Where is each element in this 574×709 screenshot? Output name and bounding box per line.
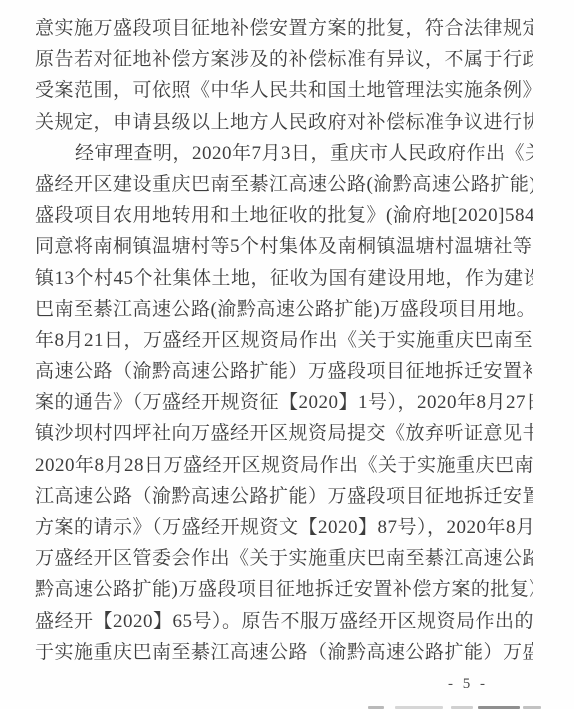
text-line: 高速公路（渝黔高速公路扩能）万盛段项目征地拆迁安置补偿方 — [35, 356, 533, 387]
text-line: 镇13个村45个社集体土地，征收为国有建设用地，作为建设重庆 — [35, 263, 533, 294]
text-line: 案的通告》（万盛经开规资征【2020】1号），2020年8月27日南桐 — [35, 387, 533, 418]
text-line: 巴南至綦江高速公路(渝黔高速公路扩能)万盛段项目用地。2020 — [35, 294, 533, 325]
text-line: 经审理查明，2020年7月3日，重庆市人民政府作出《关于万 — [35, 138, 533, 169]
text-line: 盛段项目农用地转用和土地征收的批复》(渝府地[2020]584号)， — [35, 200, 533, 231]
document-body-text: 意实施万盛段项目征地补偿安置方案的批复，符合法律规定。2、原告若对征地补偿方案涉… — [35, 13, 533, 668]
text-line: 盛经开【2020】65号）。原告不服万盛经开区规资局作出的《关 — [35, 606, 533, 637]
scanned-document-page: 意实施万盛段项目征地补偿安置方案的批复，符合法律规定。2、原告若对征地补偿方案涉… — [0, 0, 574, 709]
text-line: 万盛经开区管委会作出《关于实施重庆巴南至綦江高速公路（渝 — [35, 543, 533, 574]
text-line: 黔高速公路扩能)万盛段项目征地拆迁安置补偿方案的批复》(万 — [35, 574, 533, 605]
page-number: - 5 - — [448, 676, 488, 693]
text-line: 关规定，申请县级以上地方人民政府对补偿标准争议进行协调。 — [35, 107, 533, 138]
text-line: 2020年8月28日万盛经开区规资局作出《关于实施重庆巴南至綦 — [35, 450, 533, 481]
text-line: 镇沙坝村四坪社向万盛经开区规资局提交《放弃听证意见书》， — [35, 418, 533, 449]
text-line: 同意将南桐镇温塘村等5个村集体及南桐镇温塘村温塘社等3个 — [35, 231, 533, 262]
text-line: 意实施万盛段项目征地补偿安置方案的批复，符合法律规定。2、 — [35, 13, 533, 44]
text-line: 方案的请示》（万盛经开规资文【2020】87号），2020年8月31日 — [35, 512, 533, 543]
text-line: 原告若对征地补偿方案涉及的补偿标准有异议，不属于行政复议 — [35, 44, 533, 75]
text-line: 于实施重庆巴南至綦江高速公路（渝黔高速公路扩能）万盛段项 — [35, 637, 533, 668]
text-line: 江高速公路（渝黔高速公路扩能）万盛段项目征地拆迁安置补偿 — [35, 481, 533, 512]
text-line: 年8月21日，万盛经开区规资局作出《关于实施重庆巴南至綦江 — [35, 325, 533, 356]
scan-artifact-cutoff-text — [365, 705, 555, 709]
text-line: 盛经开区建设重庆巴南至綦江高速公路(渝黔高速公路扩能)万 — [35, 169, 533, 200]
text-line: 受案范围，可依照《中华人民共和国土地管理法实施条例》的相 — [35, 75, 533, 106]
